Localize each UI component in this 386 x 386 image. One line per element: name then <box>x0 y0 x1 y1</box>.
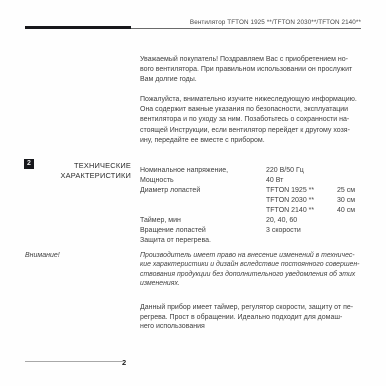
section-title-line: ХАРАКТЕРИСТИКИ <box>20 171 131 181</box>
spec-label: Таймер, мин <box>140 216 266 226</box>
spec-row: Защита от перегрева. <box>140 236 376 246</box>
attention-label: Внимание! <box>25 252 60 259</box>
text-line: ствования продукции без дополнительного … <box>140 270 372 279</box>
header-rule-bar <box>25 26 131 29</box>
spec-row: Номинальное напряжение, 220 В/50 Гц <box>140 166 376 176</box>
spec-value: 20, 40, 60 <box>266 216 337 226</box>
spec-row: TFTON 2030 ** 30 см <box>140 196 376 206</box>
spec-label: Номинальное напряжение, <box>140 166 266 176</box>
intro-paragraph: Уважаемый покупатель! Поздравляем Вас с … <box>140 55 372 86</box>
spec-label: Защита от перегрева. <box>140 236 266 246</box>
spec-label: Вращение лопастей <box>140 226 266 236</box>
spec-size: 25 см <box>337 186 355 196</box>
manual-page: Вентилятор TFTON 1925 **/TFTON 2030**/TF… <box>0 0 386 386</box>
text-line: Она содержит важные указания по безопасн… <box>140 105 372 115</box>
text-line: Уважаемый покупатель! Поздравляем Вас с … <box>140 55 372 65</box>
specs-table: Номинальное напряжение, 220 В/50 Гц Мощн… <box>140 166 376 246</box>
spec-row: Таймер, мин 20, 40, 60 <box>140 216 376 226</box>
spec-value <box>266 236 337 246</box>
spec-row: Мощность 40 Вт <box>140 176 376 186</box>
spec-label: Мощность <box>140 176 266 186</box>
spec-value: 3 скорости <box>266 226 337 236</box>
footer-rule <box>25 361 122 362</box>
section-title-line: ТЕХНИЧЕСКИЕ <box>20 161 131 171</box>
spec-label <box>140 206 266 216</box>
text-line: Пожалуйста, внимательно изучите нижеслед… <box>140 95 372 105</box>
spec-row: Диаметр лопастей TFTON 1925 ** 25 см <box>140 186 376 196</box>
spec-value: 220 В/50 Гц <box>266 166 337 176</box>
section-title: ТЕХНИЧЕСКИЕ ХАРАКТЕРИСТИКИ <box>20 161 131 180</box>
text-line: него использования <box>140 322 372 332</box>
header-title: Вентилятор TFTON 1925 **/TFTON 2030**/TF… <box>131 19 361 29</box>
spec-value: TFTON 2140 ** <box>266 206 337 216</box>
spec-label <box>140 196 266 206</box>
spec-value: TFTON 2030 ** <box>266 196 337 206</box>
text-line: вого вентилятора. При правильном использ… <box>140 65 372 75</box>
spec-size: 40 см <box>337 206 355 216</box>
spec-label: Диаметр лопастей <box>140 186 266 196</box>
text-line: ину, передайте ее вместе с прибором. <box>140 136 372 146</box>
text-line: кие характеристики и дизайн вследствие п… <box>140 260 372 269</box>
spec-row: Вращение лопастей 3 скорости <box>140 226 376 236</box>
info-paragraph: Пожалуйста, внимательно изучите нижеслед… <box>140 95 372 146</box>
page-number: 2 <box>122 358 126 367</box>
spec-value: 40 Вт <box>266 176 337 186</box>
text-line: стоящей Инструкции, если вентилятор пере… <box>140 126 372 136</box>
text-line: Данный прибор имеет таймер, регулятор ск… <box>140 303 372 313</box>
attention-paragraph: Производитель имеет право на внесение из… <box>140 251 372 288</box>
spec-row: TFTON 2140 ** 40 см <box>140 206 376 216</box>
text-line: Производитель имеет право на внесение из… <box>140 251 372 260</box>
text-line: Вам долгие годы. <box>140 75 372 85</box>
text-line: изменениях. <box>140 279 372 288</box>
text-line: вентилятора и по уходу за ним. Позаботьт… <box>140 115 372 125</box>
spec-value: TFTON 1925 ** <box>266 186 337 196</box>
summary-paragraph: Данный прибор имеет таймер, регулятор ск… <box>140 303 372 332</box>
text-line: регрева. Прост в обращении. Идеально под… <box>140 313 372 323</box>
spec-size: 30 см <box>337 196 355 206</box>
